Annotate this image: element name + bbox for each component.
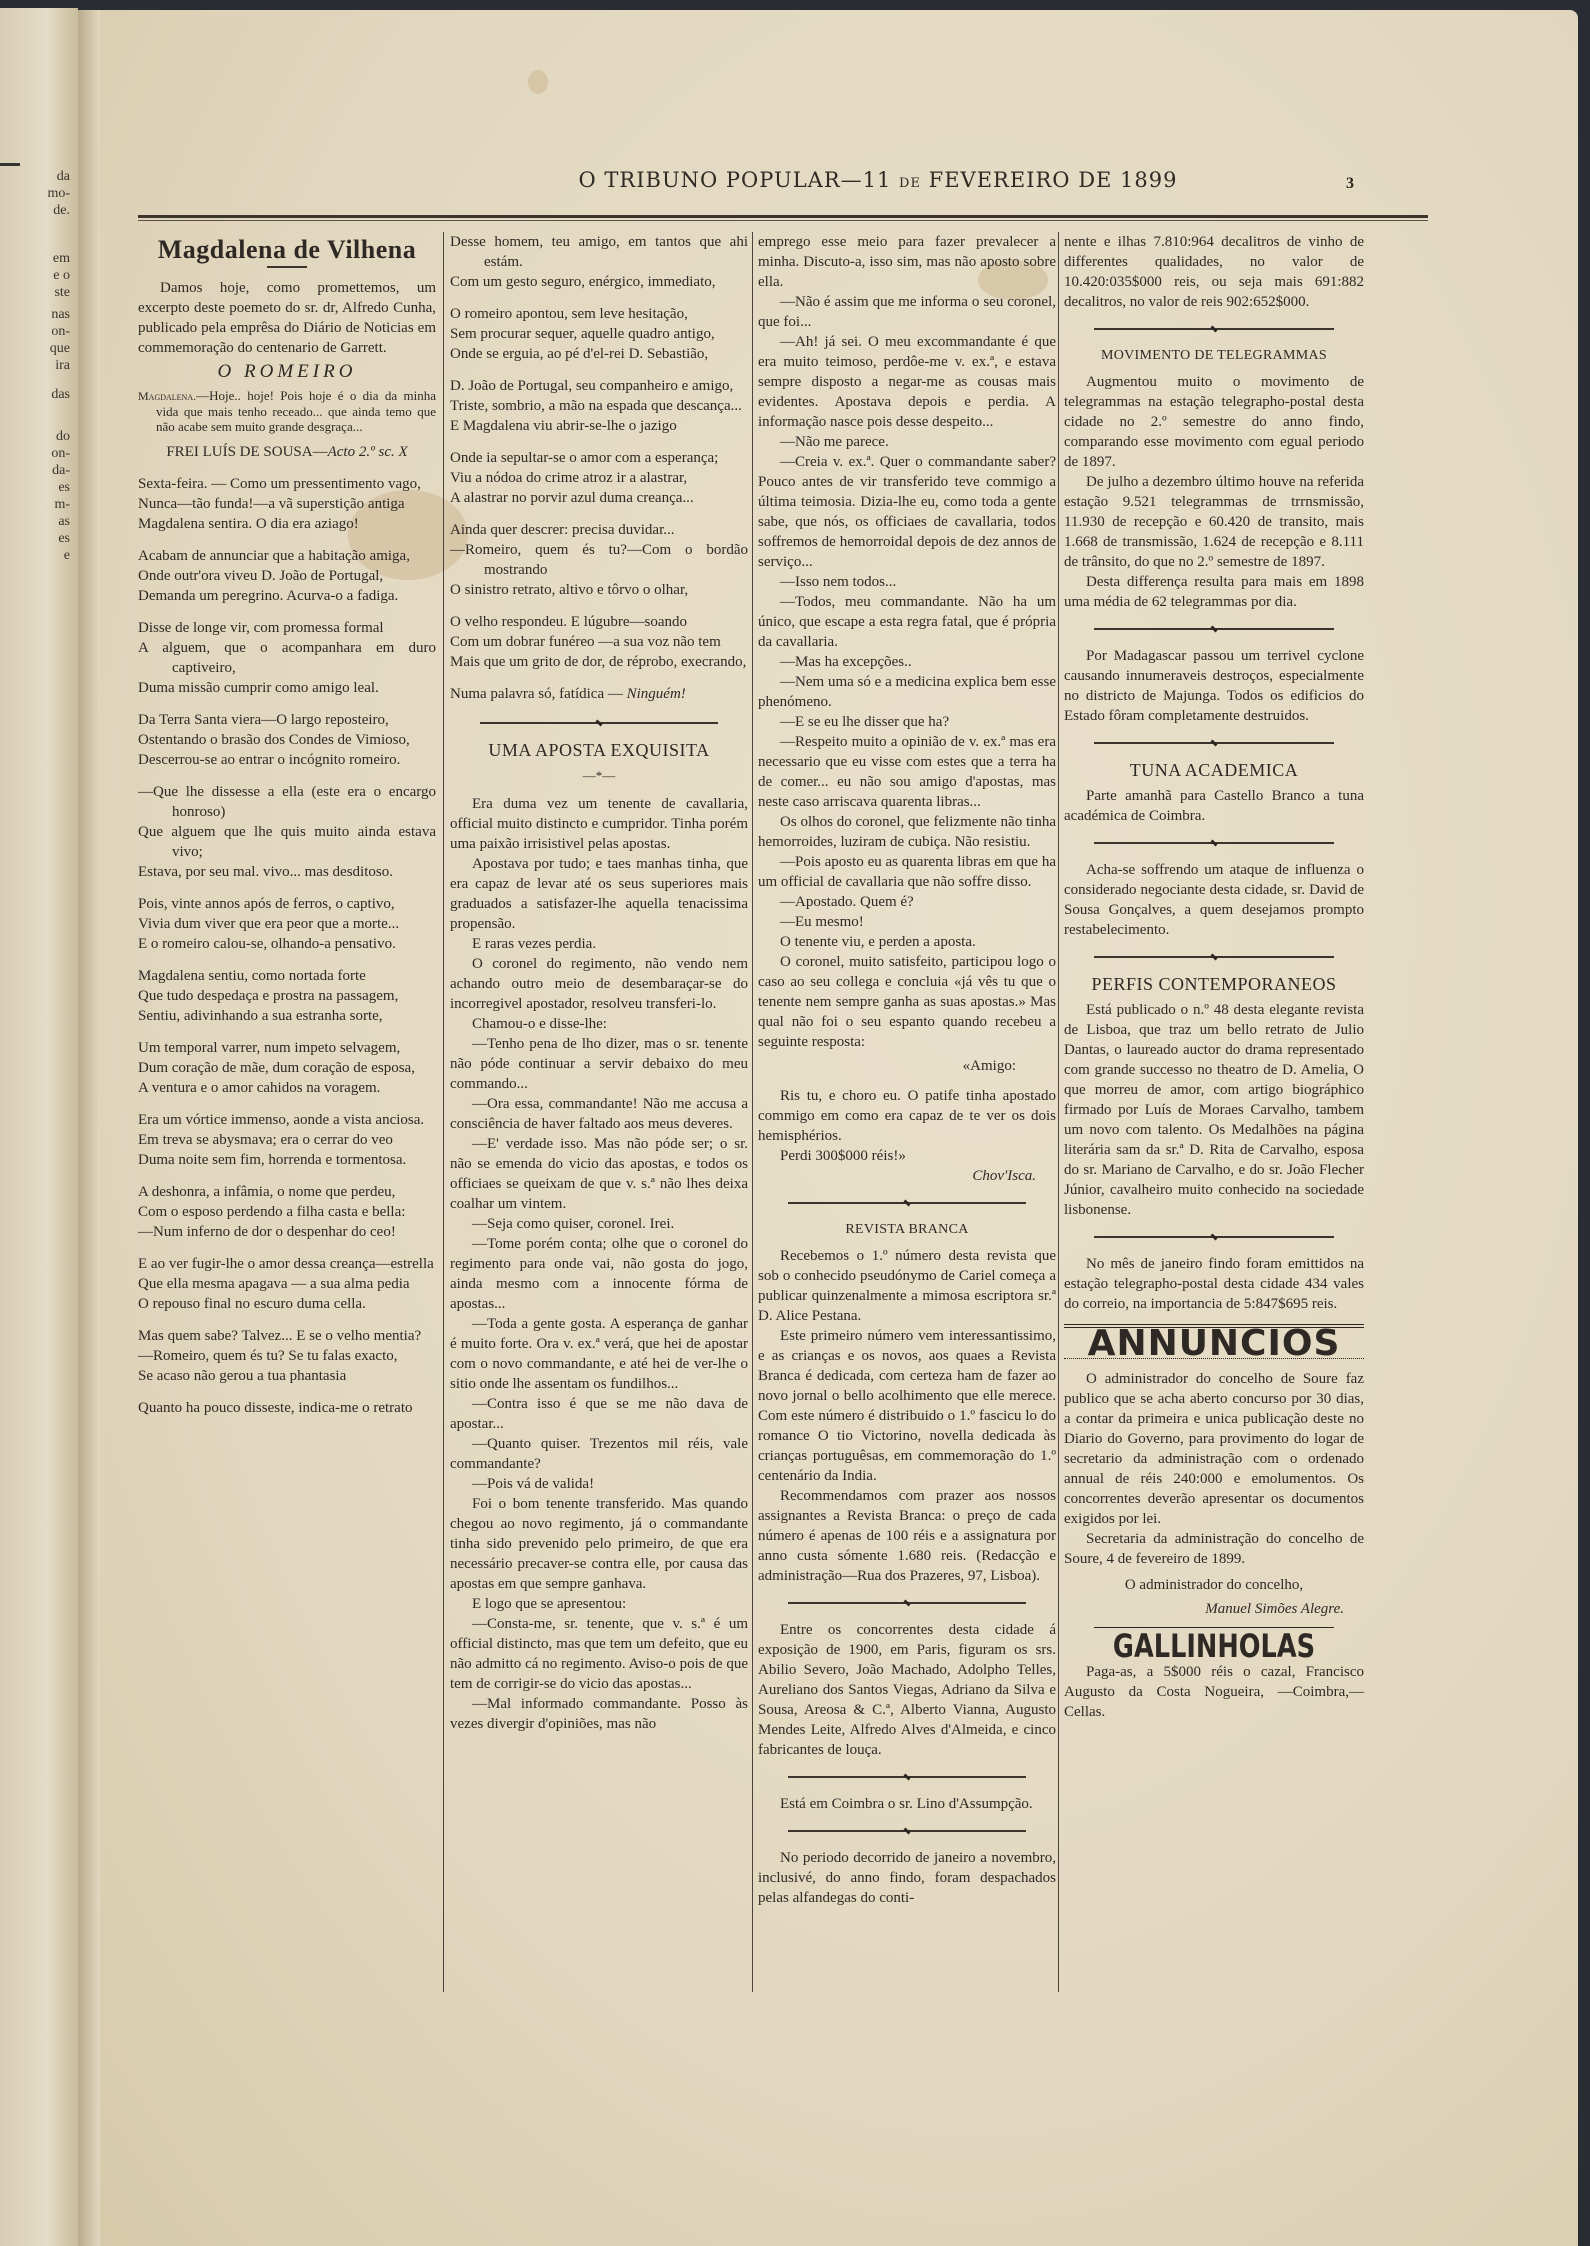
epigraph: Magdalena.—Hoje.. hoje! Pois hoje é o di… xyxy=(138,388,436,434)
telegrammas-paragraph: De julho a dezembro último houve na refe… xyxy=(1064,472,1364,572)
story-paragraph: —Tenho pena de lho dizer, mas o sr. tene… xyxy=(450,1034,748,1094)
story-paragraph: —Ah! já sei. O meu excommandante é que e… xyxy=(758,332,1056,432)
verse-line: Mais que um grito de dor, de réprobo, ex… xyxy=(450,652,748,672)
ornamental-rule xyxy=(788,1196,1026,1210)
ornamental-rule xyxy=(788,1596,1026,1610)
epigraph-attribution: FREI LUÍS DE SOUSA—Acto 2.º sc. X xyxy=(138,442,436,462)
tuna-title: TUNA ACADEMICA xyxy=(1064,760,1364,780)
prev-fragment: ste xyxy=(0,284,70,301)
ornamental-rule xyxy=(1094,736,1334,750)
story-paragraph: —Todos, meu commandante. Não ha um único… xyxy=(758,592,1056,652)
prev-fragment: do xyxy=(0,428,70,445)
epigraph-speaker: Magdalena. xyxy=(138,389,196,403)
ornamental-rule xyxy=(1094,322,1334,336)
stanza: Sexta-feira. — Como um pressentimento va… xyxy=(138,474,436,534)
story-paragraph: O coronel do regimento, não vendo nem ac… xyxy=(450,954,748,1014)
epigraph-source: FREI LUÍS DE SOUSA— xyxy=(166,444,327,460)
ornamental-rule xyxy=(1094,1230,1334,1244)
verse-line: Triste, sombrio, a mão na espada que des… xyxy=(450,396,748,416)
story-ornament: —*— xyxy=(450,766,748,786)
story-paragraph: Apostava por tudo; e taes manhas tinha, … xyxy=(450,854,748,934)
story-paragraph: Chamou-o e disse-lhe: xyxy=(450,1014,748,1034)
masthead-de: DE xyxy=(899,176,921,191)
stanza: Desse homem, teu amigo, em tantos que ah… xyxy=(450,232,748,292)
story-paragraph: —Creia v. ex.ª. Quer o commandante saber… xyxy=(758,452,1056,572)
last-line-text: Numa palavra só, fatídica — xyxy=(450,686,627,702)
verse-line: Vivia dum viver que era peor que a morte… xyxy=(138,914,436,934)
story-paragraph: Os olhos do coronel, que felizmente não … xyxy=(758,812,1056,852)
story-paragraph: —Apostado. Quem é? xyxy=(758,892,1056,912)
verse-line: Sentiu, adivinhando a sua estranha sorte… xyxy=(138,1006,436,1026)
letter-salutation: «Amigo: xyxy=(758,1056,1016,1076)
column-divider xyxy=(1058,232,1059,1992)
verse-line: Quanto ha pouco disseste, indica-me o re… xyxy=(138,1398,436,1418)
verse-line: Onde ia sepultar-se o amor com a esperan… xyxy=(450,448,748,468)
stanza: Pois, vinte annos após de ferros, o capt… xyxy=(138,894,436,954)
prev-fragment: mo- xyxy=(0,185,70,202)
verse-line: Se acaso não gerou a tua phantasia xyxy=(138,1366,436,1386)
annuncio-paragraph: Secretaria da administração do concelho … xyxy=(1064,1529,1364,1569)
story-paragraph: —Não me parece. xyxy=(758,432,1056,452)
story-paragraph: O coronel, muito satisfeito, participou … xyxy=(758,952,1056,1052)
ornamental-rule xyxy=(1094,836,1334,850)
verse-line: Duma missão cumprir como amigo leal. xyxy=(138,678,436,698)
verse-line: A alastrar no porvir azul duma creança..… xyxy=(450,488,748,508)
epigraph-act: Acto 2.º sc. X xyxy=(328,444,408,460)
stanza: E ao ver fugir-lhe o amor dessa creança—… xyxy=(138,1254,436,1314)
coimbra-paragraph: Está em Coimbra o sr. Lino d'Assumpção. xyxy=(758,1794,1056,1814)
influenza-paragraph: Acha-se soffrendo um ataque de influenza… xyxy=(1064,860,1364,940)
revista-paragraph: Este primeiro número vem interessantissi… xyxy=(758,1326,1056,1486)
verse-line: Que tudo despedaça e prostra na passagem… xyxy=(138,986,436,1006)
stanza: Disse de longe vir, com promessa formal … xyxy=(138,618,436,698)
newspaper-page: O TRIBUNO POPULAR—11 DE FEVEREIRO DE 189… xyxy=(78,10,1578,2246)
verse-line: —Romeiro, quem és tu?—Com o bordão mostr… xyxy=(450,540,748,580)
alfandegas-continued: nente e ilhas 7.810:964 decalitros de vi… xyxy=(1064,232,1364,312)
story-title: UMA APOSTA EXQUISITA xyxy=(450,740,748,760)
verse-line: Dum coração de mãe, dum coração de espos… xyxy=(138,1058,436,1078)
story-paragraph: E raras vezes perdia. xyxy=(450,934,748,954)
previous-page-rule xyxy=(0,163,20,166)
story-paragraph: —Respeito muito a opinião de v. ex.ª mas… xyxy=(758,732,1056,812)
story-paragraph: —Isso nem todos... xyxy=(758,572,1056,592)
verse-line: Viu a nódoa do crime atroz ir a alastrar… xyxy=(450,468,748,488)
verse-line: —Num inferno de dor o despenhar do ceo! xyxy=(138,1222,436,1242)
column-divider xyxy=(752,232,753,1992)
prev-fragment: e o xyxy=(0,267,70,284)
story-paragraph: —Toda a gente gosta. A esperança de ganh… xyxy=(450,1314,748,1394)
revista-paragraph: Recommendamos com prazer aos nossos assi… xyxy=(758,1486,1056,1586)
article-title: Magdalena de Vilhena xyxy=(138,240,436,260)
prev-fragment: nas xyxy=(0,306,70,323)
stanza: Da Terra Santa viera—O largo reposteiro,… xyxy=(138,710,436,770)
verse-line: Com o esposo perdendo a filha casta e be… xyxy=(138,1202,436,1222)
prev-fragment: da- xyxy=(0,462,70,479)
prev-fragment: e xyxy=(0,547,70,564)
tuna-paragraph: Parte amanhã para Castello Branco a tuna… xyxy=(1064,786,1364,826)
story-paragraph: —Contra isso é que se me não dava de apo… xyxy=(450,1394,748,1434)
verse-line: Disse de longe vir, com promessa formal xyxy=(138,618,436,638)
header-rule xyxy=(138,215,1428,218)
verse-line: Pois, vinte annos após de ferros, o capt… xyxy=(138,894,436,914)
gallinholas-banner: GALLINHOLAS xyxy=(1094,1627,1334,1656)
verse-line: Desse homem, teu amigo, em tantos que ah… xyxy=(450,232,748,272)
page-number: 3 xyxy=(1346,175,1354,193)
verse-line: Em treva se abysmava; era o cerrar do ve… xyxy=(138,1130,436,1150)
story-paragraph: —Quanto quiser. Trezentos mil réis, vale… xyxy=(450,1434,748,1474)
page-spine-shadow xyxy=(78,10,100,2246)
verse-line: Da Terra Santa viera—O largo reposteiro, xyxy=(138,710,436,730)
verse-line: Duma noite sem fim, horrenda e tormentos… xyxy=(138,1150,436,1170)
verse-line: O velho respondeu. E lúgubre—soando xyxy=(450,612,748,632)
verse-line: Numa palavra só, fatídica — Ninguém! xyxy=(450,684,748,704)
revista-paragraph: Recebemos o 1.º número desta revista que… xyxy=(758,1246,1056,1326)
column-2: Desse homem, teu amigo, em tantos que ah… xyxy=(450,232,748,2036)
story-paragraph: emprego esse meio para fazer prevalecer … xyxy=(758,232,1056,292)
stanza: O velho respondeu. E lúgubre—soando Com … xyxy=(450,612,748,672)
verse-line: Que ella mesma apagava — a sua alma pedi… xyxy=(138,1274,436,1294)
story-paragraph: —Nem uma só e a medicina explica bem ess… xyxy=(758,672,1056,712)
ornamental-rule xyxy=(1094,950,1334,964)
poem-title: O ROMEIRO xyxy=(138,362,436,382)
verse-line: Nunca—tão funda!—a vã superstição antiga xyxy=(138,494,436,514)
story-paragraph: —Tome porém conta; olhe que o coronel do… xyxy=(450,1234,748,1314)
verse-line: O romeiro apontou, sem leve hesitação, xyxy=(450,304,748,324)
paper-stain xyxy=(528,70,548,94)
annuncios-banner: ANNUNCIOS xyxy=(1064,1324,1364,1359)
story-paragraph: —Pois vá de valida! xyxy=(450,1474,748,1494)
prev-fragment: es xyxy=(0,530,70,547)
story-paragraph: —Seja como quiser, coronel. Irei. xyxy=(450,1214,748,1234)
vales-paragraph: No mês de janeiro findo foram emittidos … xyxy=(1064,1254,1364,1314)
stanza: Ainda quer descrer: precisa duvidar... —… xyxy=(450,520,748,600)
story-signature: Chov'Isca. xyxy=(758,1166,1036,1186)
verse-line: O repouso final no escuro duma cella. xyxy=(138,1294,436,1314)
story-paragraph: —E' verdade isso. Mas não póde ser; o sr… xyxy=(450,1134,748,1214)
verse-line: Descerrou-se ao entrar o incógnito romei… xyxy=(138,750,436,770)
previous-page-edge: da mo- de. em e o ste nas on- que ira da… xyxy=(0,8,78,2246)
prev-fragment: on- xyxy=(0,445,70,462)
prev-fragment: es xyxy=(0,479,70,496)
verse-line: Estava, por seu mal. vivo... mas desdito… xyxy=(138,862,436,882)
stanza: A deshonra, a infâmia, o nome que perdeu… xyxy=(138,1182,436,1242)
stanza: O romeiro apontou, sem leve hesitação, S… xyxy=(450,304,748,364)
stanza: Magdalena sentiu, como nortada forte Que… xyxy=(138,966,436,1026)
masthead-right: FEVEREIRO DE 1899 xyxy=(929,168,1178,192)
column-4: nente e ilhas 7.810:964 decalitros de vi… xyxy=(1064,232,1364,2036)
story-paragraph: —E se eu lhe disser que ha? xyxy=(758,712,1056,732)
story-paragraph: Era duma vez um tenente de cavallaria, o… xyxy=(450,794,748,854)
ornamental-rule xyxy=(788,1824,1026,1838)
article-intro: Damos hoje, como promettemos, um excerpt… xyxy=(138,278,436,358)
epigraph-text: —Hoje.. hoje! Pois hoje é o dia da minha… xyxy=(156,388,436,434)
verse-line: Onde outr'ora viveu D. João de Portugal, xyxy=(138,566,436,586)
alfandegas-paragraph: No periodo decorrido de janeiro a novemb… xyxy=(758,1848,1056,1908)
ornamental-rule xyxy=(1094,622,1334,636)
story-paragraph: Foi o bom tenente transferido. Mas quand… xyxy=(450,1494,748,1594)
verse-line: —Que lhe dissesse a ella (este era o enc… xyxy=(138,782,436,822)
prev-fragment: ira xyxy=(0,357,70,374)
verse-line: Demanda um peregrino. Acurva-o a fadiga. xyxy=(138,586,436,606)
verse-line: E ao ver fugir-lhe o amor dessa creança—… xyxy=(138,1254,436,1274)
letter-close: Perdi 300$000 réis!» xyxy=(758,1146,1056,1166)
telegrammas-paragraph: Desta differença resulta para mais em 18… xyxy=(1064,572,1364,612)
ornamental-rule xyxy=(480,716,718,730)
verse-line: —Romeiro, quem és tu? Se tu falas exacto… xyxy=(138,1346,436,1366)
perfis-paragraph: Está publicado o n.º 48 desta elegante r… xyxy=(1064,1000,1364,1220)
story-paragraph: —Consta-me, sr. tenente, que v. s.ª é um… xyxy=(450,1614,748,1694)
perfis-title: PERFIS CONTEMPORANEOS xyxy=(1064,974,1364,994)
story-paragraph: —Não é assim que me informa o seu corone… xyxy=(758,292,1056,332)
prev-fragment: as xyxy=(0,513,70,530)
masthead: O TRIBUNO POPULAR—11 DE FEVEREIRO DE 189… xyxy=(378,168,1378,192)
verse-line: Onde se erguia, ao pé d'el-rei D. Sebast… xyxy=(450,344,748,364)
stanza: —Que lhe dissesse a ella (este era o enc… xyxy=(138,782,436,882)
verse-line: Ainda quer descrer: precisa duvidar... xyxy=(450,520,748,540)
column-divider xyxy=(443,232,444,1992)
stanza: Acabam de annunciar que a habitação amig… xyxy=(138,546,436,606)
revista-title: REVISTA BRANCA xyxy=(758,1220,1056,1240)
verse-line: Com um gesto seguro, enérgico, immediato… xyxy=(450,272,748,292)
verse-line: A alguem, que o acompanhara em duro capt… xyxy=(138,638,436,678)
verse-line: O sinistro retrato, altivo e tôrvo o olh… xyxy=(450,580,748,600)
verse-line: E o romeiro calou-se, olhando-a pensativ… xyxy=(138,934,436,954)
header-rule-thin xyxy=(138,220,1428,221)
madagascar-paragraph: Por Madagascar passou um terrivel cyclon… xyxy=(1064,646,1364,726)
verse-line: A deshonra, a infâmia, o nome que perdeu… xyxy=(138,1182,436,1202)
prev-fragment: em xyxy=(0,250,70,267)
verse-line: Com um dobrar funéreo —a sua voz não tem xyxy=(450,632,748,652)
masthead-left: O TRIBUNO POPULAR—11 xyxy=(579,168,892,192)
story-paragraph: —Mas ha excepções.. xyxy=(758,652,1056,672)
verse-line: D. João de Portugal, seu companheiro e a… xyxy=(450,376,748,396)
exposicao-paragraph: Entre os concorrentes desta cidade á exp… xyxy=(758,1620,1056,1760)
prev-fragment: m- xyxy=(0,496,70,513)
last-word: Ninguém! xyxy=(627,686,686,702)
verse-line: E Magdalena viu abrir-se-lhe o jazigo xyxy=(450,416,748,436)
prev-fragment: on- xyxy=(0,323,70,340)
telegrammas-paragraph: Augmentou muito o movimento de telegramm… xyxy=(1064,372,1364,472)
verse-line: Que alguem que lhe quis muito ainda esta… xyxy=(138,822,436,862)
verse-line: Magdalena sentira. O dia era aziago! xyxy=(138,514,436,534)
stanza: Quanto ha pouco disseste, indica-me o re… xyxy=(138,1398,436,1418)
story-paragraph: —Mal informado commandante. Posso às vez… xyxy=(450,1694,748,1734)
gallinholas-paragraph: Paga-as, a 5$000 réis o cazal, Francisco… xyxy=(1064,1662,1364,1722)
telegrammas-title: MOVIMENTO DE TELEGRAMMAS xyxy=(1064,346,1364,366)
column-1: Magdalena de Vilhena Damos hoje, como pr… xyxy=(138,232,436,2036)
verse-line: Magdalena sentiu, como nortada forte xyxy=(138,966,436,986)
stanza: Era um vórtice immenso, aonde a vista an… xyxy=(138,1110,436,1170)
stanza: Um temporal varrer, num impeto selvagem,… xyxy=(138,1038,436,1098)
verse-line: Sexta-feira. — Como um pressentimento va… xyxy=(138,474,436,494)
prev-fragment: das xyxy=(0,386,70,403)
verse-line: Ostentando o brasão dos Condes de Vimios… xyxy=(138,730,436,750)
stanza: D. João de Portugal, seu companheiro e a… xyxy=(450,376,748,436)
ornamental-rule xyxy=(788,1770,1026,1784)
prev-fragment: da xyxy=(0,168,70,185)
prev-fragment: de. xyxy=(0,202,70,219)
story-paragraph: O tenente viu, e perden a aposta. xyxy=(758,932,1056,952)
annuncio-signature: Manuel Simões Alegre. xyxy=(1084,1599,1344,1619)
verse-line: Mas quem sabe? Talvez... E se o velho me… xyxy=(138,1326,436,1346)
letter-body: Ris tu, e choro eu. O patife tinha apost… xyxy=(758,1086,1056,1146)
annuncio-paragraph: O administrador do concelho de Soure faz… xyxy=(1064,1369,1364,1529)
title-rule xyxy=(267,266,307,268)
story-paragraph: —Ora essa, commandante! Não me accusa a … xyxy=(450,1094,748,1134)
prev-fragment: que xyxy=(0,340,70,357)
stanza: Mas quem sabe? Talvez... E se o velho me… xyxy=(138,1326,436,1386)
verse-line: Um temporal varrer, num impeto selvagem, xyxy=(138,1038,436,1058)
story-paragraph: E logo que se apresentou: xyxy=(450,1594,748,1614)
verse-line: Acabam de annunciar que a habitação amig… xyxy=(138,546,436,566)
stanza: Onde ia sepultar-se o amor com a esperan… xyxy=(450,448,748,508)
annuncio-closing: O administrador do concelho, xyxy=(1064,1575,1364,1595)
story-paragraph: —Eu mesmo! xyxy=(758,912,1056,932)
story-paragraph: —Pois aposto eu as quarenta libras em qu… xyxy=(758,852,1056,892)
stanza: Numa palavra só, fatídica — Ninguém! xyxy=(450,684,748,704)
verse-line: Sem procurar sequer, aquelle quadro anti… xyxy=(450,324,748,344)
verse-line: Era um vórtice immenso, aonde a vista an… xyxy=(138,1110,436,1130)
column-3: emprego esse meio para fazer prevalecer … xyxy=(758,232,1056,2036)
verse-line: A ventura e o amor cahidos na voragem. xyxy=(138,1078,436,1098)
